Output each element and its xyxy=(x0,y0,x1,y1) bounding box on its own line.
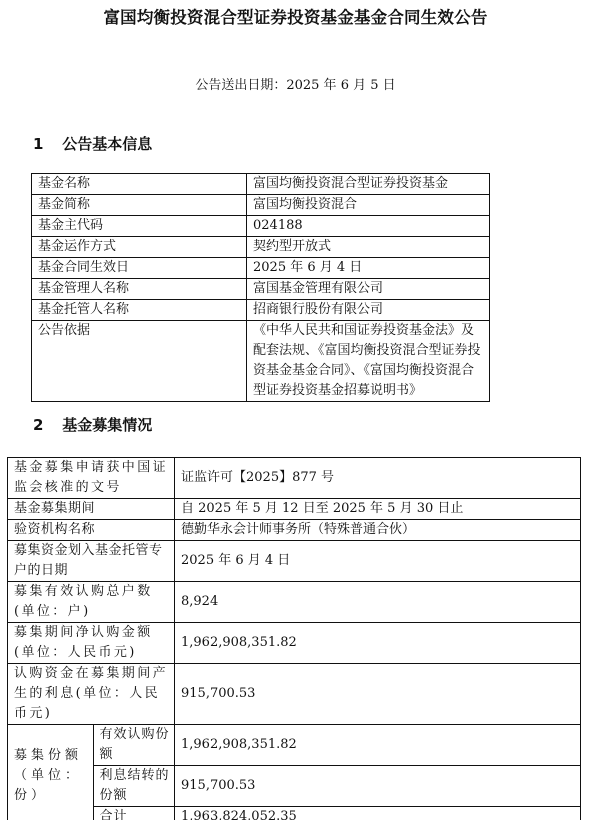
row-value: 自 2025 年 5 月 12 日至 2025 年 5 月 30 日止 xyxy=(175,499,581,520)
row-label: 募集期间净认购金额(单位：人民币元) xyxy=(8,623,175,664)
row-value: 1,962,908,351.82 xyxy=(175,725,581,766)
table-row: 基金简称富国均衡投资混合 xyxy=(32,195,490,216)
row-value: 证监许可【2025】877 号 xyxy=(175,458,581,499)
row-label: 基金合同生效日 xyxy=(32,258,247,279)
row-label: 基金托管人名称 xyxy=(32,300,247,321)
section-number: 1 xyxy=(33,135,57,153)
row-value: 富国基金管理有限公司 xyxy=(247,279,490,300)
row-label: 募集有效认购总户数(单位：户) xyxy=(8,582,175,623)
table-row: 利息结转的份额 915,700.53 xyxy=(8,766,581,807)
row-label: 有效认购份额 xyxy=(93,725,174,766)
table-row: 基金主代码024188 xyxy=(32,216,490,237)
row-label: 合计 xyxy=(93,807,174,820)
table-row: 募集有效认购总户数(单位：户)8,924 xyxy=(8,582,581,623)
table-row: 合计 1,963,824,052.35 xyxy=(8,807,581,820)
table-row: 基金托管人名称招商银行股份有限公司 xyxy=(32,300,490,321)
section-title: 基金募集情况 xyxy=(62,416,152,434)
section-title: 公告基本信息 xyxy=(62,135,152,153)
row-label: 利息结转的份额 xyxy=(93,766,174,807)
row-value: 契约型开放式 xyxy=(247,237,490,258)
table-row: 认购资金在募集期间产生的利息(单位：人民币元)915,700.53 xyxy=(8,664,581,725)
row-value: 8,924 xyxy=(175,582,581,623)
announcement-date: 公告送出日期：2025 年 6 月 5 日 xyxy=(0,74,591,93)
table-row: 基金运作方式契约型开放式 xyxy=(32,237,490,258)
row-value: 1,963,824,052.35 xyxy=(175,807,581,820)
row-value: 1,962,908,351.82 xyxy=(175,623,581,664)
row-value: 2025 年 6 月 4 日 xyxy=(175,541,581,582)
row-label: 验资机构名称 xyxy=(8,520,175,541)
table-row: 基金募集期间自 2025 年 5 月 12 日至 2025 年 5 月 30 日… xyxy=(8,499,581,520)
table-row: 基金名称富国均衡投资混合型证券投资基金 xyxy=(32,174,490,195)
row-label: 基金简称 xyxy=(32,195,247,216)
row-value: 德勤华永会计师事务所（特殊普通合伙） xyxy=(175,520,581,541)
table-row: 募集资金划入基金托管专户的日期2025 年 6 月 4 日 xyxy=(8,541,581,582)
row-value: 2025 年 6 月 4 日 xyxy=(247,258,490,279)
row-value: 915,700.53 xyxy=(175,766,581,807)
table-row: 基金合同生效日2025 年 6 月 4 日 xyxy=(32,258,490,279)
table-row: 基金管理人名称富国基金管理有限公司 xyxy=(32,279,490,300)
row-label: 认购资金在募集期间产生的利息(单位：人民币元) xyxy=(8,664,175,725)
row-label: 募集资金划入基金托管专户的日期 xyxy=(8,541,175,582)
table-row: 基金募集申请获中国证监会核准的文号证监许可【2025】877 号 xyxy=(8,458,581,499)
row-value: 招商银行股份有限公司 xyxy=(247,300,490,321)
row-label: 基金名称 xyxy=(32,174,247,195)
row-label: 基金运作方式 xyxy=(32,237,247,258)
row-value: 富国均衡投资混合 xyxy=(247,195,490,216)
row-value: 《中华人民共和国证券投资基金法》及配套法规、《富国均衡投资混合型证券投资基金基金… xyxy=(247,321,490,402)
table-row: 验资机构名称德勤华永会计师事务所（特殊普通合伙） xyxy=(8,520,581,541)
row-label: 基金管理人名称 xyxy=(32,279,247,300)
section-heading-1: 1 公告基本信息 xyxy=(33,133,152,154)
table-row: 公告依据《中华人民共和国证券投资基金法》及配套法规、《富国均衡投资混合型证券投资… xyxy=(32,321,490,402)
row-label: 基金募集申请获中国证监会核准的文号 xyxy=(8,458,175,499)
basic-info-table: 基金名称富国均衡投资混合型证券投资基金 基金简称富国均衡投资混合 基金主代码02… xyxy=(31,173,490,402)
fundraising-table: 基金募集申请获中国证监会核准的文号证监许可【2025】877 号 基金募集期间自… xyxy=(7,457,581,820)
section-heading-2: 2 基金募集情况 xyxy=(33,414,152,435)
row-label: 公告依据 xyxy=(32,321,247,402)
document-title: 富国均衡投资混合型证券投资基金基金合同生效公告 xyxy=(0,4,591,28)
share-group-label: 募集份额（单位：份） xyxy=(8,725,94,820)
row-value: 富国均衡投资混合型证券投资基金 xyxy=(247,174,490,195)
section-number: 2 xyxy=(33,416,57,434)
row-value: 915,700.53 xyxy=(175,664,581,725)
row-label: 基金主代码 xyxy=(32,216,247,237)
row-label: 基金募集期间 xyxy=(8,499,175,520)
table-row: 募集期间净认购金额(单位：人民币元)1,962,908,351.82 xyxy=(8,623,581,664)
table-row: 募集份额（单位：份） 有效认购份额 1,962,908,351.82 xyxy=(8,725,581,766)
row-value: 024188 xyxy=(247,216,490,237)
